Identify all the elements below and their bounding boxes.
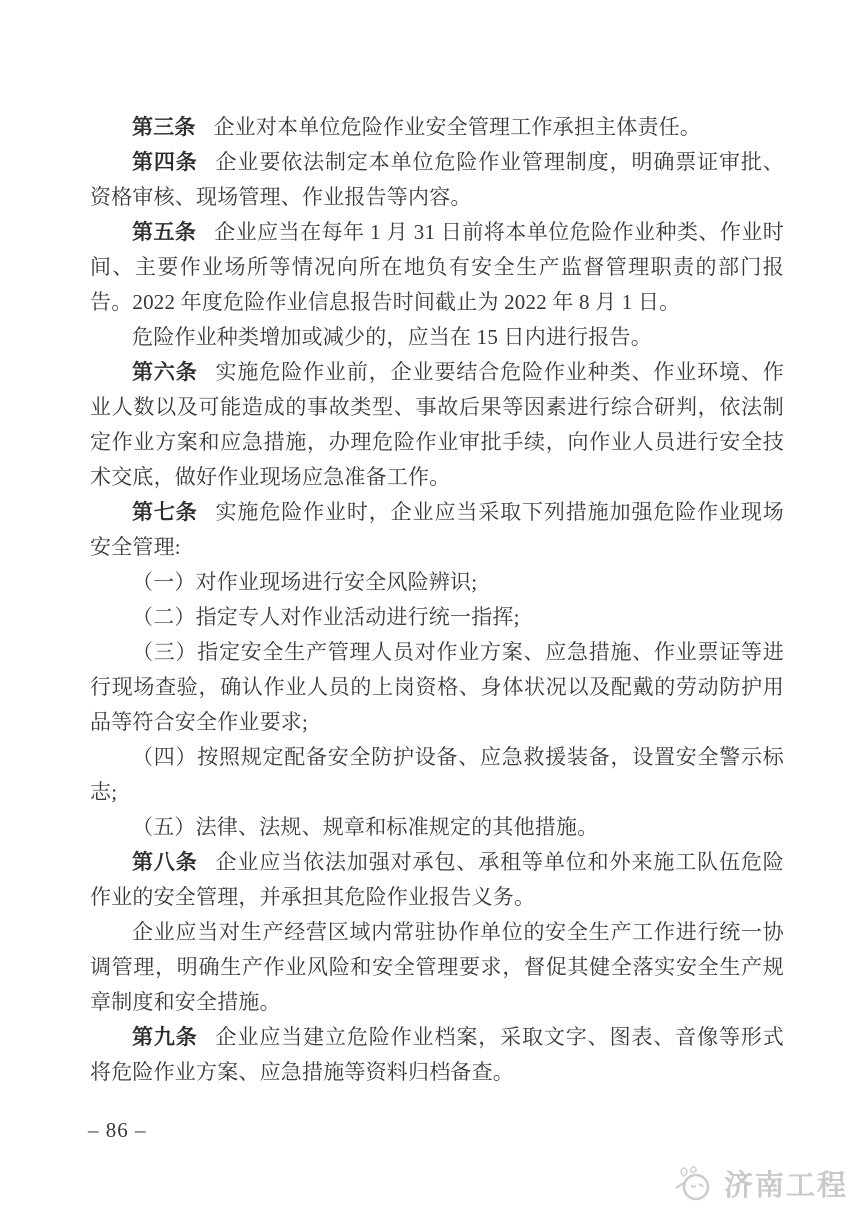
paragraph: 企业应当对生产经营区域内常驻协作单位的安全生产工作进行统一协调管理，明确生产作业… (90, 915, 784, 1020)
article-number: 第九条 (132, 1025, 198, 1049)
document-body: 第三条企业对本单位危险作业安全管理工作承担主体责任。第四条企业要依法制定本单位危… (90, 110, 784, 1090)
document-page: 第三条企业对本单位危险作业安全管理工作承担主体责任。第四条企业要依法制定本单位危… (0, 0, 856, 1225)
paragraph: （一）对作业现场进行安全风险辨识; (90, 565, 784, 600)
page-number: – 86 – (88, 1118, 147, 1143)
paragraph: 第六条实施危险作业前，企业要结合危险作业种类、作业环境、作业人数以及可能造成的事… (90, 355, 784, 495)
article-number: 第八条 (132, 850, 198, 874)
watermark-text: 济南工程 (724, 1163, 848, 1204)
article-number: 第五条 (132, 220, 196, 244)
paragraph: 第七条实施危险作业时，企业应当采取下列措施加强危险作业现场安全管理: (90, 495, 784, 565)
article-number: 第七条 (132, 500, 198, 524)
article-number: 第三条 (132, 115, 196, 139)
article-number: 第四条 (132, 150, 198, 174)
article-number: 第六条 (132, 360, 198, 384)
paragraph: （五）法律、法规、规章和标准规定的其他措施。 (90, 810, 784, 845)
paragraph: 第四条企业要依法制定本单位危险作业管理制度，明确票证审批、资格审核、现场管理、作… (90, 145, 784, 215)
paragraph: 第八条企业应当依法加强对承包、承租等单位和外来施工队伍危险作业的安全管理，并承担… (90, 845, 784, 915)
paragraph: 第五条企业应当在每年 1 月 31 日前将本单位危险作业种类、作业时间、主要作业… (90, 215, 784, 320)
paragraph: （四）按照规定配备安全防护设备、应急救援装备，设置安全警示标志; (90, 740, 784, 810)
paragraph: 第九条企业应当建立危险作业档案，采取文字、图表、音像等形式将危险作业方案、应急措… (90, 1020, 784, 1090)
paragraph: （三）指定安全生产管理人员对作业方案、应急措施、作业票证等进行现场查验，确认作业… (90, 635, 784, 740)
paragraph: （二）指定专人对作业活动进行统一指挥; (90, 600, 784, 635)
paragraph: 第三条企业对本单位危险作业安全管理工作承担主体责任。 (90, 110, 784, 145)
paragraph: 危险作业种类增加或减少的，应当在 15 日内进行报告。 (90, 320, 784, 355)
watermark: 济南工程 (671, 1160, 848, 1206)
jinan-gongcheng-logo-icon (671, 1160, 717, 1206)
